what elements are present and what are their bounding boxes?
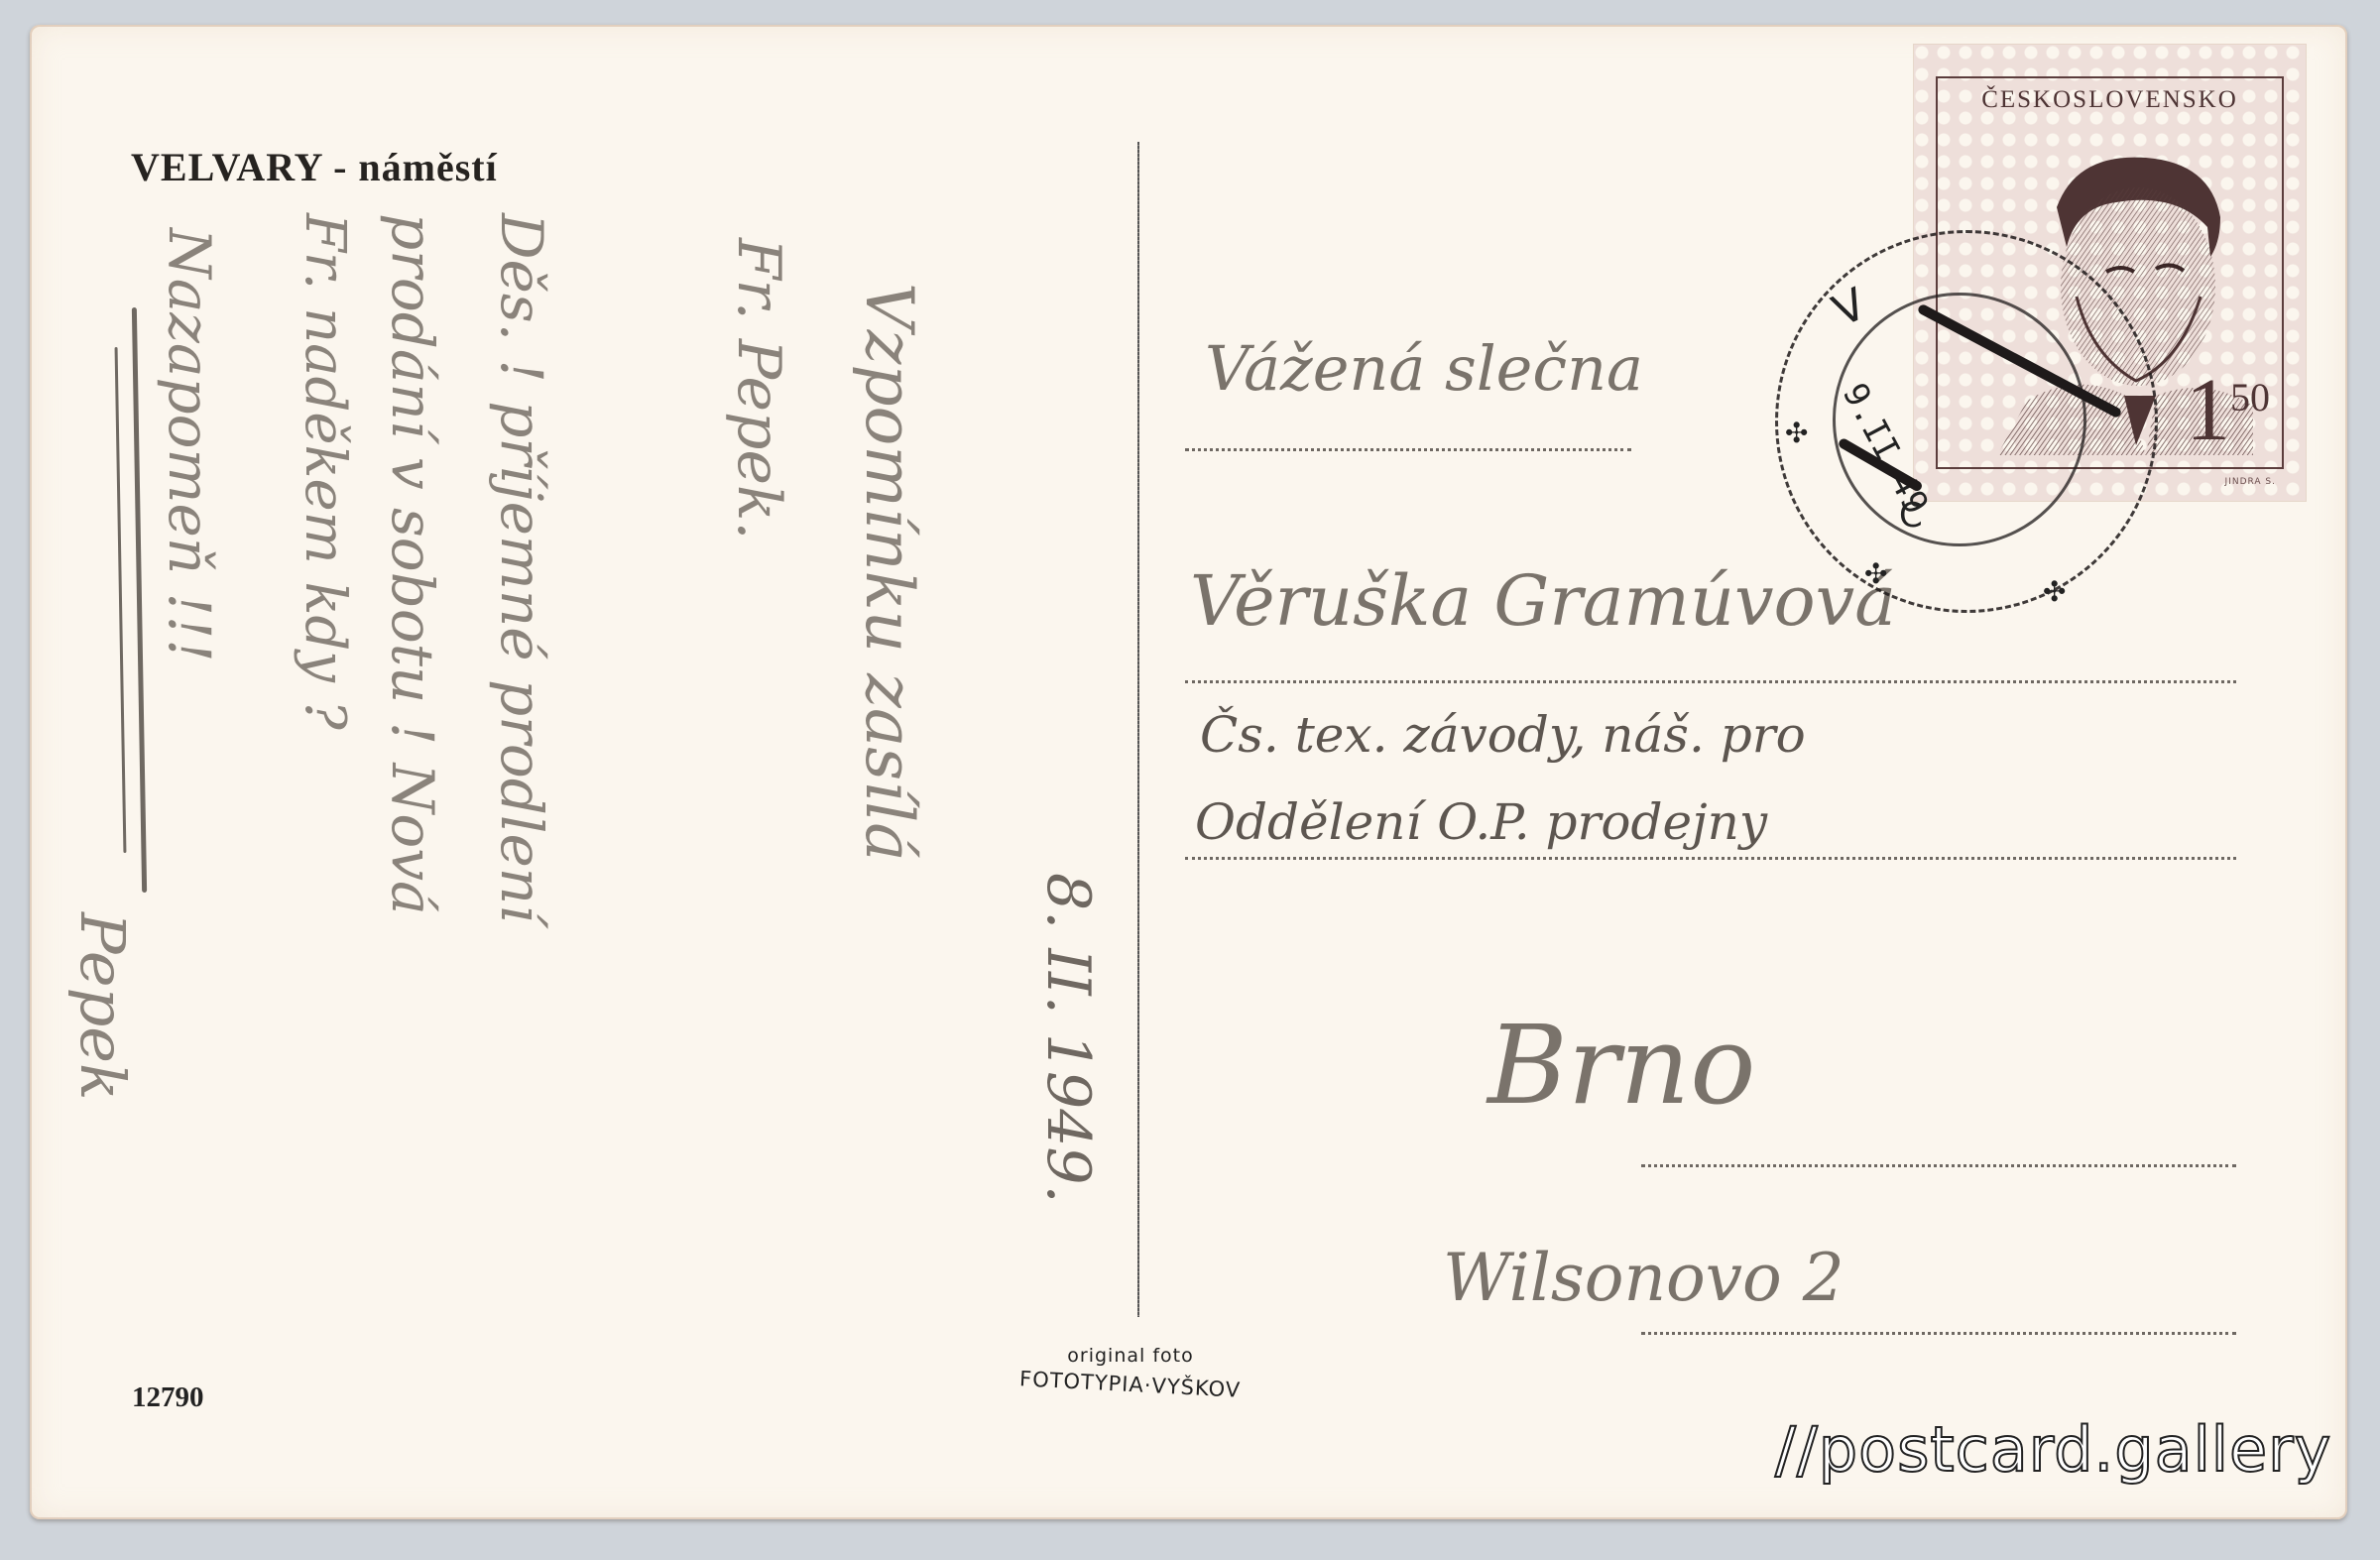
postmark-cross-icon: ✣ — [1785, 417, 1808, 449]
postmark-cross-icon: ✣ — [1864, 557, 1887, 590]
address-line-4 — [1641, 1164, 2236, 1167]
postmark-code: C — [1899, 496, 1923, 536]
address-city: Brno — [1487, 1002, 1756, 1129]
address-line-2 — [1185, 680, 2236, 683]
message-date: 8. II. 1949. — [1033, 873, 1103, 1204]
address-line-1 — [1185, 448, 1631, 451]
message-column-3: Děs. ! příjemné prodlení — [488, 213, 555, 923]
message-column-4: prodání v sobotu ! Nová — [379, 213, 446, 915]
message-column-5: Fr. naděkem kdy ? — [293, 213, 357, 730]
address-line-3 — [1185, 857, 2236, 860]
publisher-imprint: original foto FOTOTYPIA·VYŠKOV — [982, 1345, 1279, 1396]
stamp-value: 150 — [2186, 366, 2270, 455]
address-street: Wilsonovo 2 — [1443, 1240, 1844, 1316]
stamp-country: ČESKOSLOVENSKO — [1938, 86, 2282, 114]
message-column-2: Fr. Pepek. — [724, 238, 793, 540]
address-line-5 — [1641, 1332, 2236, 1335]
center-divider — [1137, 142, 1139, 1317]
address-line4-text: Oddělení O.P. prodejny — [1195, 793, 1767, 851]
message-column-1: Vzpomínku zasílá — [851, 283, 927, 862]
address-name: Věruška Gramúvová — [1190, 560, 1896, 642]
address-line3-text: Čs. tex. závody, náš. pro — [1200, 706, 1806, 764]
address-salutation: Vážená slečna — [1205, 332, 1643, 405]
postmark-cross-icon: ✣ — [2043, 575, 2066, 608]
stamp-designer: JINDRA S. — [2225, 477, 2276, 487]
publisher-line1: original foto — [982, 1345, 1279, 1367]
watermark: //postcard.gallery — [1775, 1413, 2331, 1486]
catalog-number: 12790 — [132, 1381, 204, 1414]
message-column-6: Nazapomeň !!! — [156, 228, 223, 662]
caption-title: VELVARY - náměstí — [131, 144, 498, 190]
message-signature: Pepek — [66, 912, 139, 1101]
